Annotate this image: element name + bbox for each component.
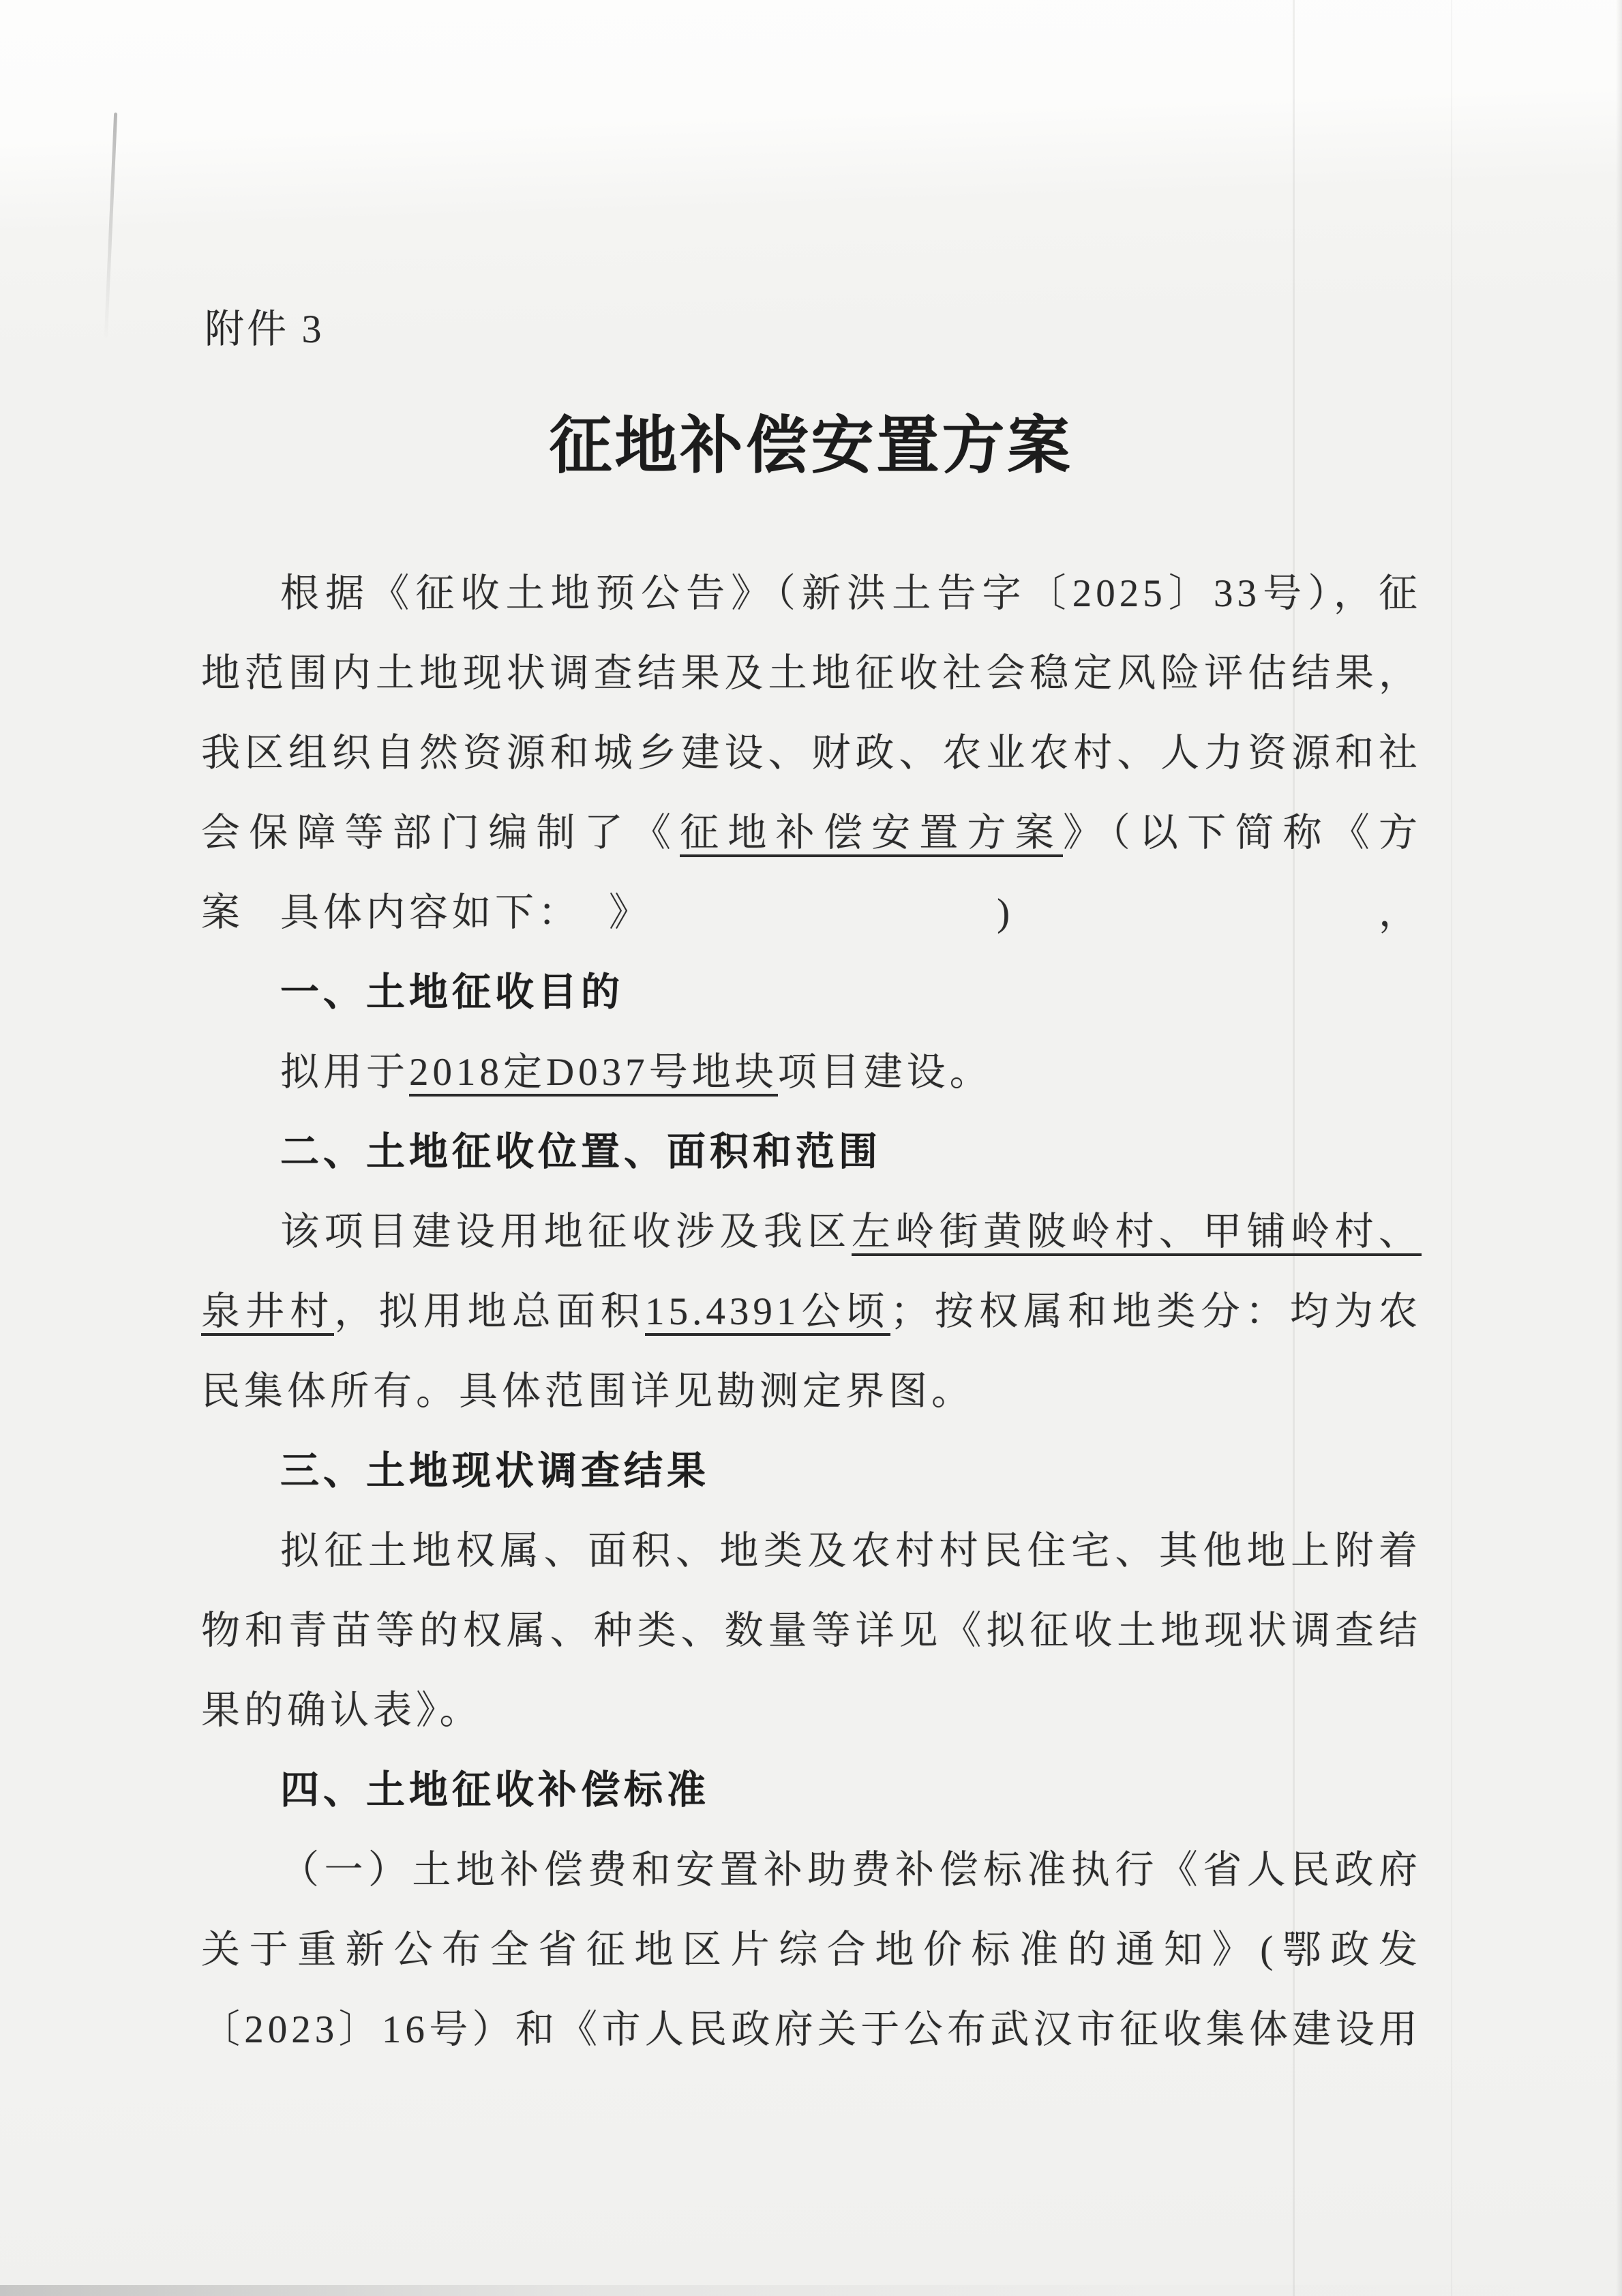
text-segment: ；按权属和地类分：均为农 — [890, 1290, 1422, 1333]
text-line: 该项目建设用地征收涉及我区左岭街黄陂岭村、甲铺岭村、 — [201, 1192, 1422, 1272]
text-line: 关于重新公布全省征地区片综合地价标准的通知》(鄂政发 — [201, 1910, 1422, 1990]
text-segment: 会保障等部门编制了《 — [201, 811, 680, 854]
attachment-label: 附件 3 — [205, 305, 325, 353]
text-segment: （一）土地补偿费和安置补助费补偿标准执行《省人民政府 — [280, 1849, 1422, 1892]
text-segment: 具体内容如下： — [280, 891, 581, 934]
text-segment: 三、土地现状调查结果 — [280, 1449, 710, 1493]
text-line: 民集体所有。具体范围详见勘测定界图。 — [201, 1352, 1422, 1431]
text-line: 地范围内土地现状调查结果及土地征收社会稳定风险评估结果， — [201, 633, 1422, 713]
text-segment: ，拟用地总面积 — [334, 1290, 645, 1333]
text-segment: 根据《征收土地预公告》（新洪土告字〔2025〕33号），征 — [280, 572, 1422, 615]
text-line: 根据《征收土地预公告》（新洪土告字〔2025〕33号），征 — [201, 554, 1422, 633]
scanned-page: 附件 3 征地补偿安置方案 根据《征收土地预公告》（新洪土告字〔2025〕33号… — [0, 0, 1622, 2296]
document-title: 征地补偿安置方案 — [0, 412, 1622, 481]
text-line: 物和青苗等的权属、种类、数量等详见《拟征收土地现状调查结 — [201, 1591, 1422, 1671]
text-segment: 拟征土地权属、面积、地类及农村村民住宅、其他地上附着 — [280, 1530, 1422, 1572]
text-line: 拟征土地权属、面积、地类及农村村民住宅、其他地上附着 — [201, 1511, 1422, 1591]
underlined-text: 15.4391公顷 — [645, 1290, 890, 1336]
underlined-text: 泉井村 — [201, 1290, 334, 1336]
text-line: 果的确认表》。 — [201, 1671, 1422, 1750]
text-line: （一）土地补偿费和安置补助费补偿标准执行《省人民政府 — [201, 1830, 1422, 1910]
text-line: 会保障等部门编制了《征地补偿安置方案》（以下简称《方案》)， — [201, 793, 1422, 873]
text-line: 拟用于2018定D037号地块项目建设。 — [201, 1032, 1422, 1112]
paper-edge-shadow — [1616, 0, 1622, 2296]
text-segment: 该项目建设用地征收涉及我区 — [280, 1210, 852, 1253]
underlined-text: 征地补偿安置方案 — [680, 811, 1063, 857]
text-segment: 物和青苗等的权属、种类、数量等详见《拟征收土地现状调查结 — [201, 1609, 1422, 1652]
paper-crease-artifact — [104, 113, 117, 338]
text-segment: 民集体所有。具体范围详见勘测定界图。 — [201, 1370, 974, 1413]
underlined-text: 左岭街黄陂岭村、甲铺岭村、 — [852, 1210, 1422, 1256]
section-heading: 三、土地现状调查结果 — [201, 1431, 1422, 1511]
section-heading: 二、土地征收位置、面积和范围 — [201, 1112, 1422, 1192]
text-line: 〔2023〕16号）和《市人民政府关于公布武汉市征收集体建设用 — [201, 1990, 1422, 2070]
document-body: 根据《征收土地预公告》（新洪土告字〔2025〕33号），征地范围内土地现状调查结… — [201, 554, 1422, 2070]
text-segment: 关于重新公布全省征地区片综合地价标准的通知》(鄂政发 — [201, 1928, 1422, 1971]
scanner-streak-artifact — [1451, 0, 1452, 2296]
text-segment: 果的确认表》。 — [201, 1689, 483, 1732]
section-heading: 四、土地征收补偿标准 — [201, 1750, 1422, 1830]
text-segment: 一、土地征收目的 — [280, 970, 624, 1014]
text-segment: 四、土地征收补偿标准 — [280, 1768, 710, 1812]
text-segment: 地范围内土地现状调查结果及土地征收社会稳定风险评估结果， — [201, 652, 1422, 695]
text-segment: 我区组织自然资源和城乡建设、财政、农业农村、人力资源和社 — [201, 732, 1422, 775]
text-segment: 项目建设。 — [778, 1051, 993, 1094]
section-heading: 一、土地征收目的 — [201, 953, 1422, 1032]
text-segment: 二、土地征收位置、面积和范围 — [280, 1130, 882, 1174]
underlined-text: 2018定D037号地块 — [409, 1051, 778, 1097]
paper-edge-shadow — [0, 2285, 1622, 2296]
text-segment: 〔2023〕16号）和《市人民政府关于公布武汉市征收集体建设用 — [201, 2008, 1422, 2051]
text-line: 泉井村，拟用地总面积15.4391公顷；按权属和地类分：均为农 — [201, 1272, 1422, 1352]
text-segment: 拟用于 — [280, 1051, 409, 1094]
text-line: 我区组织自然资源和城乡建设、财政、农业农村、人力资源和社 — [201, 713, 1422, 793]
